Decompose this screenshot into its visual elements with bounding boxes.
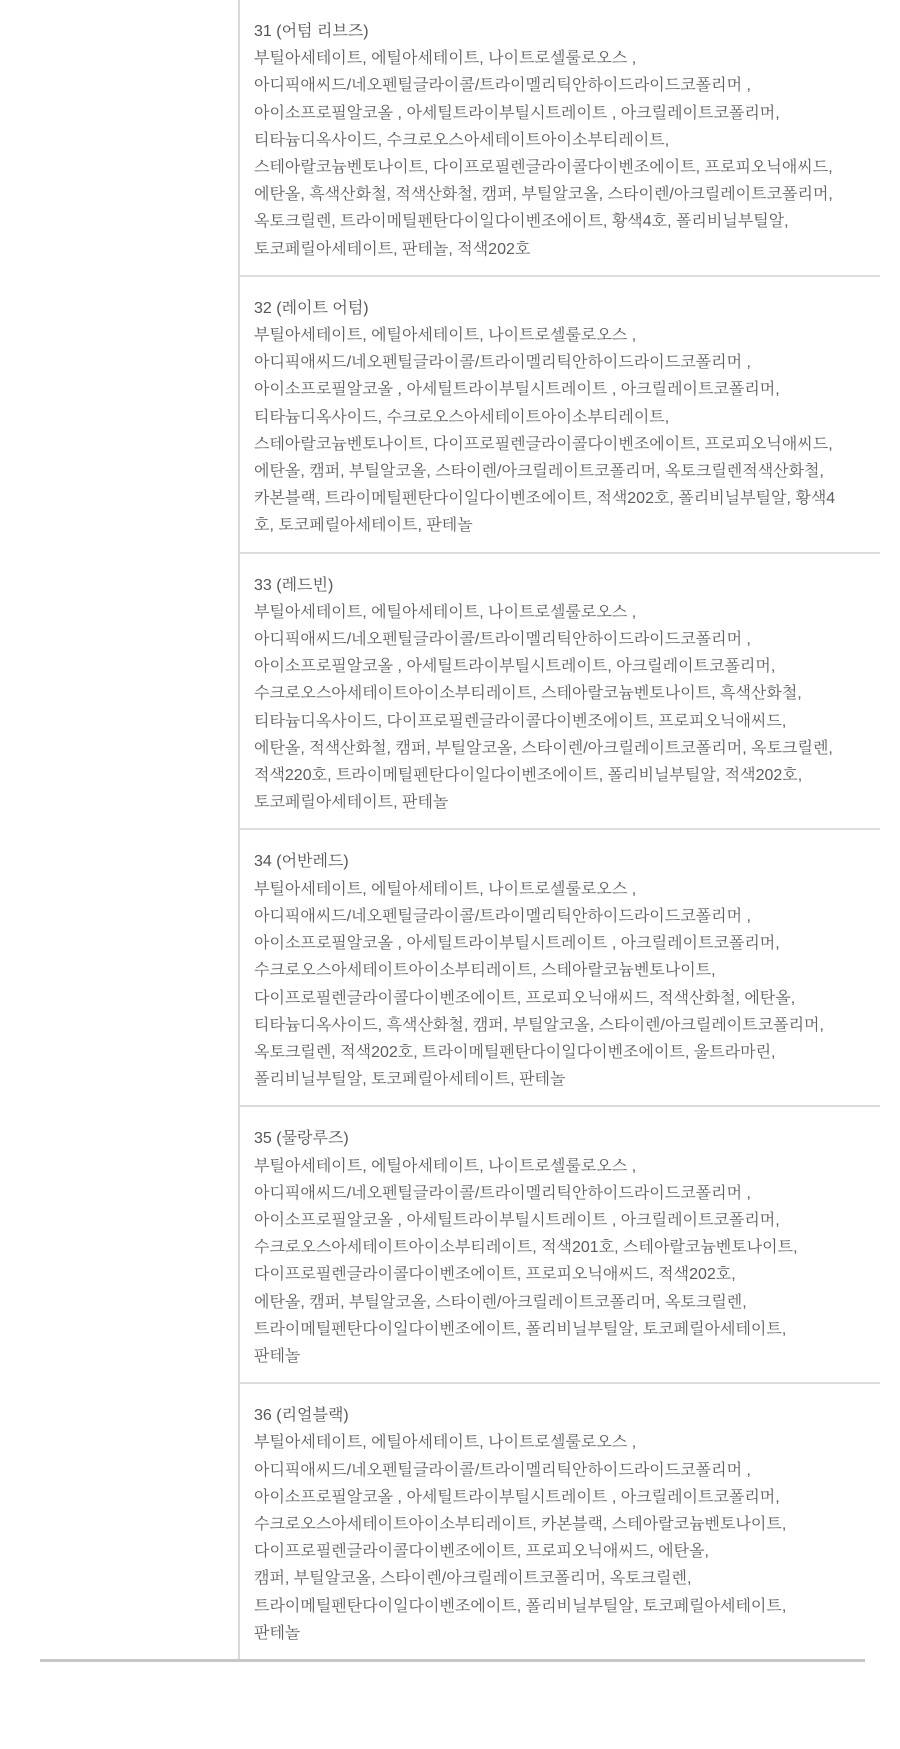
ingredient-line: 스테아랄코늄벤토나이트, 다이프로필렌글라이콜다이벤조에이트, 프로피오닉애씨드… [254,431,872,458]
ingredient-line: 부틸아세테이트, 에틸아세테이트, 나이트로셀룰로오스 , [254,599,872,626]
product-title: 32 (레이트 어텀) [254,295,872,322]
ingredient-line: 적색220호, 트라이메틸펜탄다이일다이벤조에이트, 폴리비닐부틸알, 적색20… [254,762,872,789]
ingredient-line: 부틸아세테이트, 에틸아세테이트, 나이트로셀룰로오스 , [254,45,872,72]
product-row-34: 34 (어반레드) 부틸아세테이트, 에틸아세테이트, 나이트로셀룰로오스 , … [240,830,880,1107]
ingredient-line: 티타늄디옥사이드, 다이프로필렌글라이콜다이벤조에이트, 프로피오닉애씨드, [254,708,872,735]
product-row-32: 32 (레이트 어텀) 부틸아세테이트, 에틸아세테이트, 나이트로셀룰로오스 … [240,277,880,554]
ingredient-line: 스테아랄코늄벤토나이트, 다이프로필렌글라이콜다이벤조에이트, 프로피오닉애씨드… [254,154,872,181]
ingredient-line: 에탄올, 캠퍼, 부틸알코올, 스타이렌/아크릴레이트코폴리머, 옥토크릴렌, [254,1289,872,1316]
ingredient-line: 판테놀 [254,1343,872,1370]
ingredient-line: 아디픽애씨드/네오펜틸글라이콜/트라이멜리틱안하이드라이드코폴리머 , [254,349,872,376]
ingredient-line: 판테놀 [254,1620,872,1647]
ingredient-line: 다이프로필렌글라이콜다이벤조에이트, 프로피오닉애씨드, 에탄올, [254,1538,872,1565]
ingredient-line: 수크로오스아세테이트아이소부티레이트, 스테아랄코늄벤토나이트, 흑색산화철, [254,680,872,707]
ingredient-line: 수크로오스아세테이트아이소부티레이트, 스테아랄코늄벤토나이트, [254,957,872,984]
ingredient-line: 부틸아세테이트, 에틸아세테이트, 나이트로셀룰로오스 , [254,322,872,349]
product-title: 35 (물랑루즈) [254,1125,872,1152]
ingredient-line: 아이소프로필알코올 , 아세틸트라이부틸시트레이트 , 아크릴레이트코폴리머, [254,1484,872,1511]
ingredient-line: 에탄올, 캠퍼, 부틸알코올, 스타이렌/아크릴레이트코폴리머, 옥토크릴렌적색… [254,458,872,485]
ingredient-line: 티타늄디옥사이드, 수크로오스아세테이트아이소부티레이트, [254,404,872,431]
ingredient-line: 부틸아세테이트, 에틸아세테이트, 나이트로셀룰로오스 , [254,1429,872,1456]
ingredient-line: 다이프로필렌글라이콜다이벤조에이트, 프로피오닉애씨드, 적색202호, [254,1261,872,1288]
product-title: 33 (레드빈) [254,572,872,599]
ingredient-line: 토코페릴아세테이트, 판테놀 [254,789,872,816]
ingredient-line: 캠퍼, 부틸알코올, 스타이렌/아크릴레이트코폴리머, 옥토크릴렌, [254,1565,872,1592]
table-bottom-border [40,1659,865,1662]
ingredient-line: 에탄올, 흑색산화철, 적색산화철, 캠퍼, 부틸알코올, 스타이렌/아크릴레이… [254,181,872,208]
ingredient-line: 에탄올, 적색산화철, 캠퍼, 부틸알코올, 스타이렌/아크릴레이트코폴리머, … [254,735,872,762]
ingredient-line: 아디픽애씨드/네오펜틸글라이콜/트라이멜리틱안하이드라이드코폴리머 , [254,1457,872,1484]
ingredient-line: 토코페릴아세테이트, 판테놀, 적색202호 [254,236,872,263]
ingredient-line: 아디픽애씨드/네오펜틸글라이콜/트라이멜리틱안하이드라이드코폴리머 , [254,1180,872,1207]
ingredient-line: 티타늄디옥사이드, 수크로오스아세테이트아이소부티레이트, [254,127,872,154]
ingredient-line: 옥토크릴렌, 트라이메틸펜탄다이일다이벤조에이트, 황색4호, 폴리비닐부틸알, [254,208,872,235]
ingredient-line: 카본블랙, 트라이메틸펜탄다이일다이벤조에이트, 적색202호, 폴리비닐부틸알… [254,485,872,512]
ingredient-line: 옥토크릴렌, 적색202호, 트라이메틸펜탄다이일다이벤조에이트, 울트라마린, [254,1039,872,1066]
product-row-33: 33 (레드빈) 부틸아세테이트, 에틸아세테이트, 나이트로셀룰로오스 , 아… [240,554,880,831]
product-title: 36 (리얼블랙) [254,1402,872,1429]
ingredient-line: 아디픽애씨드/네오펜틸글라이콜/트라이멜리틱안하이드라이드코폴리머 , [254,626,872,653]
ingredient-line: 부틸아세테이트, 에틸아세테이트, 나이트로셀룰로오스 , [254,1153,872,1180]
ingredient-line: 아이소프로필알코올 , 아세틸트라이부틸시트레이트 , 아크릴레이트코폴리머, [254,930,872,957]
ingredients-column: 31 (어텀 리브즈) 부틸아세테이트, 에틸아세테이트, 나이트로셀룰로오스 … [238,0,880,1659]
product-row-36: 36 (리얼블랙) 부틸아세테이트, 에틸아세테이트, 나이트로셀룰로오스 , … [240,1384,880,1659]
ingredient-line: 수크로오스아세테이트아이소부티레이트, 적색201호, 스테아랄코늄벤토나이트, [254,1234,872,1261]
ingredient-line: 티타늄디옥사이드, 흑색산화철, 캠퍼, 부틸알코올, 스타이렌/아크릴레이트코… [254,1012,872,1039]
ingredient-line: 아디픽애씨드/네오펜틸글라이콜/트라이멜리틱안하이드라이드코폴리머 , [254,72,872,99]
ingredient-line: 호, 토코페릴아세테이트, 판테놀 [254,512,872,539]
product-title: 31 (어텀 리브즈) [254,18,872,45]
ingredient-line: 폴리비닐부틸알, 토코페릴아세테이트, 판테놀 [254,1066,872,1093]
ingredient-line: 아디픽애씨드/네오펜틸글라이콜/트라이멜리틱안하이드라이드코폴리머 , [254,903,872,930]
ingredient-line: 아이소프로필알코올 , 아세틸트라이부틸시트레이트 , 아크릴레이트코폴리머, [254,376,872,403]
ingredient-line: 트라이메틸펜탄다이일다이벤조에이트, 폴리비닐부틸알, 토코페릴아세테이트, [254,1593,872,1620]
product-row-35: 35 (물랑루즈) 부틸아세테이트, 에틸아세테이트, 나이트로셀룰로오스 , … [240,1107,880,1384]
product-row-31: 31 (어텀 리브즈) 부틸아세테이트, 에틸아세테이트, 나이트로셀룰로오스 … [240,0,880,277]
product-title: 34 (어반레드) [254,848,872,875]
left-column-cell [0,0,238,1659]
ingredient-line: 아이소프로필알코올 , 아세틸트라이부틸시트레이트, 아크릴레이트코폴리머, [254,653,872,680]
ingredient-line: 트라이메틸펜탄다이일다이벤조에이트, 폴리비닐부틸알, 토코페릴아세테이트, [254,1316,872,1343]
ingredient-line: 부틸아세테이트, 에틸아세테이트, 나이트로셀룰로오스 , [254,876,872,903]
ingredient-line: 아이소프로필알코올 , 아세틸트라이부틸시트레이트 , 아크릴레이트코폴리머, [254,100,872,127]
ingredient-line: 다이프로필렌글라이콜다이벤조에이트, 프로피오닉애씨드, 적색산화철, 에탄올, [254,985,872,1012]
product-ingredients-page: 31 (어텀 리브즈) 부틸아세테이트, 에틸아세테이트, 나이트로셀룰로오스 … [0,0,900,1749]
ingredient-line: 수크로오스아세테이트아이소부티레이트, 카본블랙, 스테아랄코늄벤토나이트, [254,1511,872,1538]
ingredient-line: 아이소프로필알코올 , 아세틸트라이부틸시트레이트 , 아크릴레이트코폴리머, [254,1207,872,1234]
